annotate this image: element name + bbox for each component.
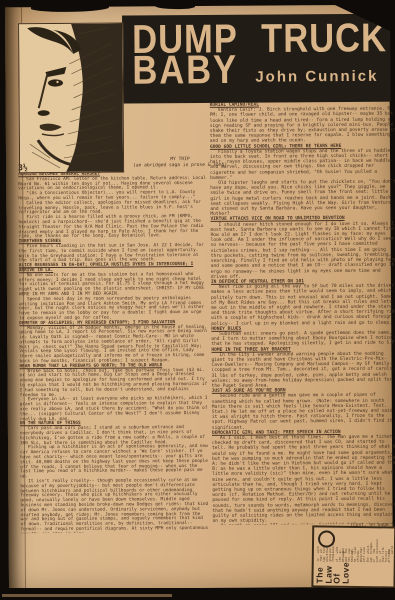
section-paragraph: Old hipster laughs and starts to put the… [210,180,395,218]
section-paragraph: Spend the next day in my room surrounded… [19,297,209,322]
section-paragraph: Broke back to hotel, check out, take bus… [20,369,210,399]
article-section: ALICE REGRESSES IN DA-DAT; OPHELIA HUSTL… [19,263,209,322]
article-section: MORNING BECOMES GENERAL HERSHEY San Fran… [18,172,208,240]
article-section: JUST AS SURE AS YOU'RE BORN Second ride … [212,388,395,431]
scan-edge-sliver [2,594,172,597]
article-section: HONEY BLUES Suburban exit: sneers go pas… [211,325,395,347]
page-number: 3½ [18,163,28,172]
section-paragraph: As I said, I meet best at those times. T… [212,435,395,525]
article-section: IN DEFENCE OF NEUTRAL ETHER ON 101 Next … [211,279,395,327]
section-paragraph: Suburban exit: sneers go past. A spade g… [211,331,395,348]
ad-title-word: Love [341,562,350,584]
article-section: ON THE NATURE OF THINGS Cars pass and ca… [20,421,211,533]
masthead-banner: DUMP TRUCK BABY John Cunnick [122,14,391,104]
section-paragraph: I should never hitch stoned enough for I… [210,221,395,280]
section-paragraph: Everyone in LA-- at least everyone who p… [20,397,210,422]
article-section: HEAR RUMOR THAT LA FREEWAYS GO NORTH; TO… [19,364,209,423]
section-paragraph: Monday, visions of 24 badger months, eme… [19,325,209,365]
ad-text-line: of life in the world [379,548,395,554]
section-paragraph: Ventura Calif: J. Birch stronghold with … [210,107,395,145]
section-paragraph: Next ride is going all the way to SF but… [211,284,395,327]
torn-edge [31,4,109,13]
left-article-column: MORNING BECOMES GENERAL HERSHEY San Fran… [18,172,211,533]
article-section: VIRTUE ATTACKS VICE ON ROAD TO UNLIMITED… [210,216,395,280]
section-paragraph: First ride is a hearse filled with a gro… [18,215,208,240]
ad-text-line: is that force affinity [379,557,391,563]
article-section: DEMETER OF ASCLEPIUS; MY REVERSED ENTROP… [19,321,209,365]
law-of-love-ad: TheLawOfLove is that Lawwhich givesfreed… [311,525,395,588]
section-paragraph: It isn't really cruelty-- though people … [20,479,210,533]
section-paragraph: Second ride and a gentle man gave me a c… [212,393,395,431]
article-section: DEMOCRATIC GIRL AND TAXI: FREE SPEECH IN… [212,429,395,525]
portrait-illustration [18,23,124,174]
article-section: INBETWEEN SCENES Five hours standing in … [19,239,209,264]
article-section: GOOD GOD LITTLE SCHOOL GIRL; THERE BE TE… [210,143,395,217]
ad-text-line: that you associate with [326,548,338,554]
torn-edge [155,3,195,9]
right-article-column: BURIAL CAMINO/REAL Ventura Calif: J. Bir… [210,102,395,525]
scanned-newspaper-page: { "page": { "page_number": "3\u00bd", "p… [0,0,395,600]
article-section: BURIAL CAMINO/REAL Ventura Calif: J. Bir… [210,102,395,145]
section-paragraph: Picking up a hitchhiker is an act of spo… [20,445,210,480]
section-paragraph: No one waits for me at the bus station b… [19,273,209,298]
section-paragraph: Finally a Toyota station wagon stops and… [210,148,395,181]
masthead-title-line2: BABY [132,49,238,90]
ad-title: TheLawOfLove [315,562,349,584]
newsprint-page: DUMP TRUCK BABY John Cunnick [5,5,393,590]
article-section: HOME IN THE THREE DAY BRACKET In the Cit… [211,346,395,389]
section-paragraph: In the City I wander around warning peop… [211,351,395,389]
ad-body-text: is that Lawwhich givesfreed of the messa… [316,547,395,562]
ink-face-sketch [19,24,123,173]
ad-rotated-content: TheLawOfLove is that Lawwhich givesfreed… [315,527,394,584]
masthead-author: John Cunnick [255,68,382,90]
